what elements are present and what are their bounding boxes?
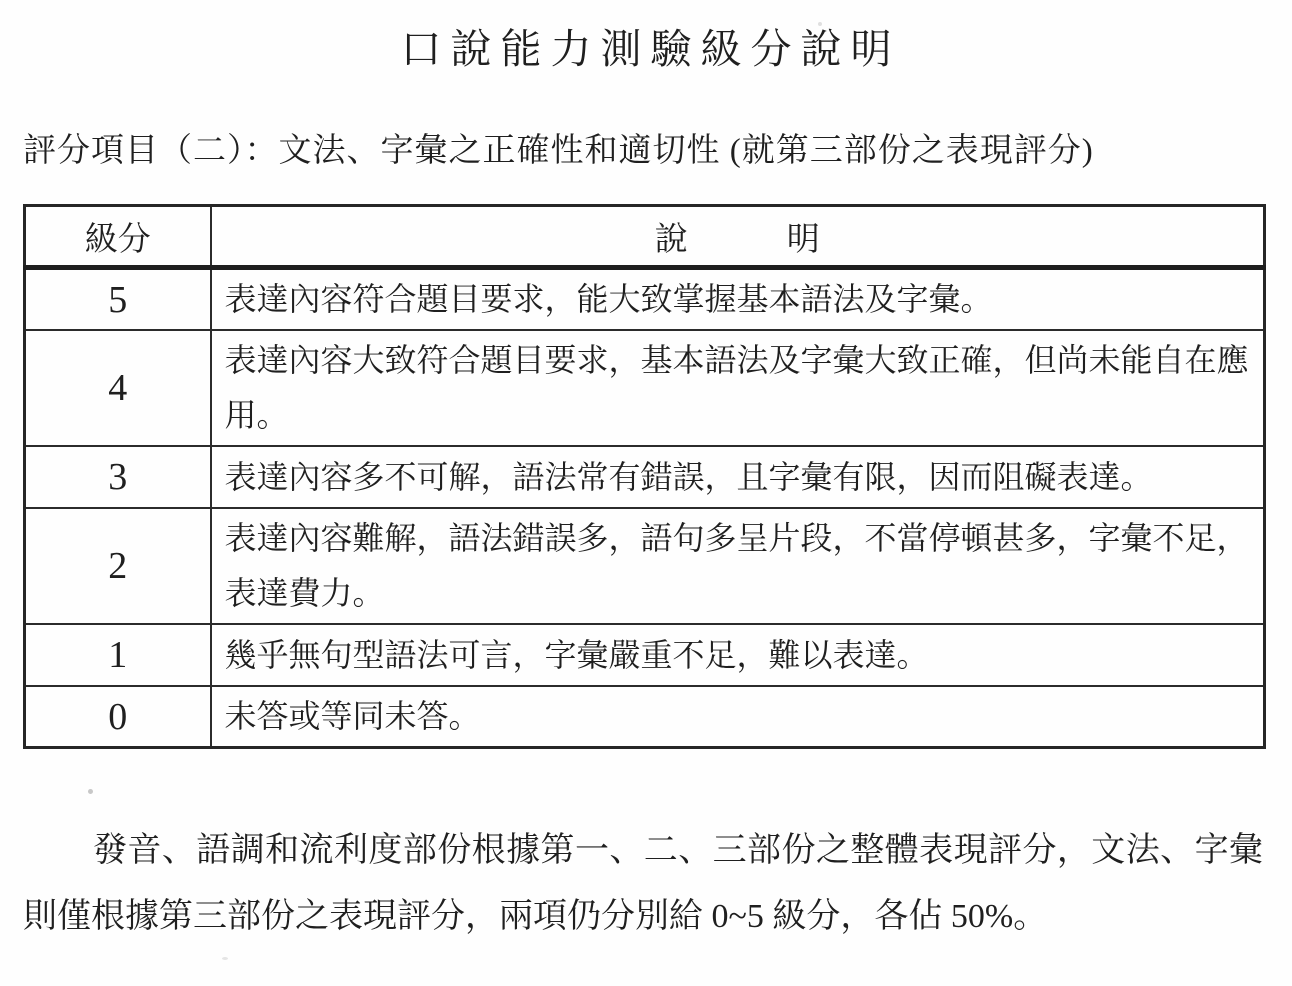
description-cell: 表達內容大致符合題目要求，基本語法及字彙大致正確，但尚未能自在應用。 bbox=[211, 330, 1265, 446]
table-row-score-0: 0 未答或等同未答。 bbox=[25, 686, 1265, 748]
table-row-score-4: 4 表達內容大致符合題目要求，基本語法及字彙大致正確，但尚未能自在應用。 bbox=[25, 330, 1265, 446]
description-cell: 表達內容難解，語法錯誤多，語句多呈片段，不當停頓甚多，字彙不足，表達費力。 bbox=[211, 508, 1265, 624]
score-cell: 4 bbox=[25, 330, 211, 446]
description-cell: 表達內容符合題目要求，能大致掌握基本語法及字彙。 bbox=[211, 268, 1265, 331]
description-cell: 表達內容多不可解，語法常有錯誤，且字彙有限，因而阻礙表達。 bbox=[211, 446, 1265, 508]
scan-speck bbox=[88, 789, 93, 794]
score-rubric-table: 級分 說 明 5 表達內容符合題目要求，能大致掌握基本語法及字彙。 4 表達內容… bbox=[23, 204, 1266, 749]
score-cell: 2 bbox=[25, 508, 211, 624]
criterion-subtitle: 評分項目（二）：文法、字彙之正確性和適切性 (就第三部份之表現評分) bbox=[23, 127, 1292, 175]
scan-speck bbox=[818, 22, 822, 26]
document-page: 口說能力測驗級分說明 評分項目（二）：文法、字彙之正確性和適切性 (就第三部份之… bbox=[0, 0, 1292, 986]
score-cell: 5 bbox=[25, 268, 211, 331]
description-column-header: 說 明 bbox=[211, 206, 1265, 268]
scan-speck bbox=[222, 957, 228, 960]
score-cell: 3 bbox=[25, 446, 211, 508]
table-header-row: 級分 說 明 bbox=[25, 206, 1265, 268]
description-cell: 未答或等同未答。 bbox=[211, 686, 1265, 748]
description-cell: 幾乎無句型語法可言，字彙嚴重不足，難以表達。 bbox=[211, 624, 1265, 686]
score-cell: 0 bbox=[25, 686, 211, 748]
page-title: 口說能力測驗級分說明 bbox=[0, 0, 1292, 74]
table-row-score-1: 1 幾乎無句型語法可言，字彙嚴重不足，難以表達。 bbox=[25, 624, 1265, 686]
table-row-score-3: 3 表達內容多不可解，語法常有錯誤，且字彙有限，因而阻礙表達。 bbox=[25, 446, 1265, 508]
score-cell: 1 bbox=[25, 624, 211, 686]
score-column-header: 級分 bbox=[25, 206, 211, 268]
scoring-footnote: 發音、語調和流利度部份根據第一、二、三部份之整體表現評分，文法、字彙則僅根據第三… bbox=[23, 818, 1263, 950]
table-row-score-2: 2 表達內容難解，語法錯誤多，語句多呈片段，不當停頓甚多，字彙不足，表達費力。 bbox=[25, 508, 1265, 624]
table-row-score-5: 5 表達內容符合題目要求，能大致掌握基本語法及字彙。 bbox=[25, 268, 1265, 331]
